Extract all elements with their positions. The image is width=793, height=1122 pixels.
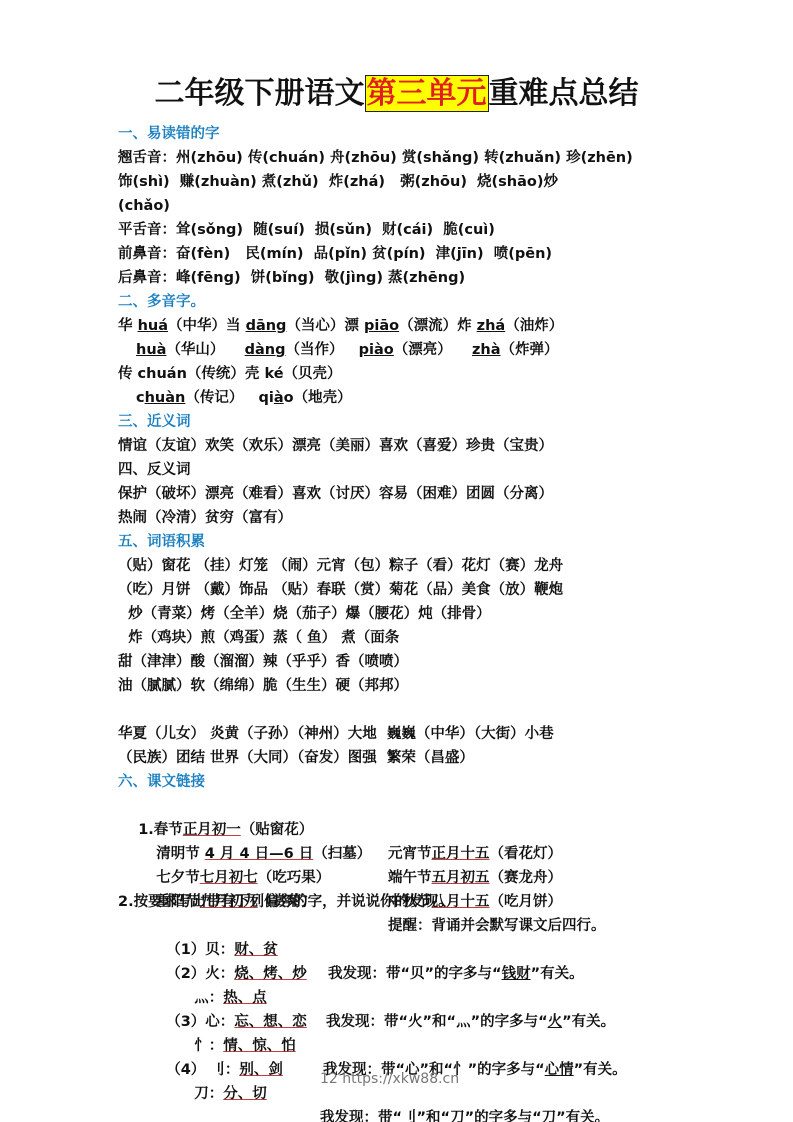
radical-label: 刀： [194, 1086, 223, 1102]
text-line: 情谊（友谊）欢笑（欢乐）漂亮（美丽）喜欢（喜爱）珍贵（宝贵） [118, 434, 688, 458]
text-line: 油（腻腻）软（绵绵）脆（生生）硬（邦邦） [118, 674, 688, 698]
section-heading-6: 六、课文链接 [118, 770, 688, 794]
text-line: 炸（鸡块）煎（鸡蛋）蒸（ 鱼） 煮（面条 [118, 626, 688, 650]
pinyin: dàng [245, 342, 286, 358]
festival-name: 中秋节 [388, 894, 432, 910]
radical-row: 灬：热、点 我发现：带“火”和“灬”的字多与“火”有关。 [118, 962, 688, 986]
pinyin: piāo [364, 318, 399, 334]
pinyin: huà [136, 342, 166, 358]
text: （华山） [166, 342, 244, 358]
finding-key: 刀 [542, 1110, 557, 1122]
title-prefix: 二年级下册语文 [155, 76, 365, 111]
radical-row: （4） 刂：别、剑 [118, 1034, 688, 1058]
text: （炸弹） [501, 342, 559, 358]
festival-activity: （吃月饼） [490, 894, 563, 910]
polyphone-row: chuàn（传记） qiào（地壳） [118, 386, 688, 410]
text: （漂亮） [394, 342, 472, 358]
text: （中华）当 [168, 318, 246, 334]
section-heading-4: 四、反义词 [118, 458, 688, 482]
polyphone-row: 传 chuán（传统）壳 ké（贝壳） [118, 362, 688, 386]
pinyin: dāng [246, 318, 287, 334]
festival-date: 八月十五 [432, 894, 490, 910]
watermark: 12 https://xkw88.cn [320, 1071, 459, 1087]
pinyin: zhà [472, 342, 501, 358]
text-line: 甜（津津）酸（溜溜）辣（乎乎）香（喷喷） [118, 650, 688, 674]
pinyin: zhá [477, 318, 506, 334]
document-body: 一、易读错的字 翘舌音：州(zhōu) 传(chuán) 舟(zhōu) 赏(s… [118, 122, 688, 1082]
section-heading-2: 二、多音字。 [118, 290, 688, 314]
text: （漂流）炸 [399, 318, 477, 334]
text-line: 翘舌音：州(zhōu) 传(chuán) 舟(zhōu) 赏(shǎng) 转(… [118, 146, 688, 170]
page-title: 二年级下册语文第三单元重难点总结 [0, 72, 793, 116]
polyphone-row: 华 huá（中华）当 dāng（当心）漂 piāo（漂流）炸 zhá（油炸） [118, 314, 688, 338]
festival-row: 重阳节九月初九（赏菊） 提醒：背诵并会默写课文后四行。 [118, 866, 688, 890]
text-line: 饰(shì) 赚(zhuàn) 煮(zhǔ) 炸(zhá) 粥(zhōu) 烧(… [118, 170, 688, 194]
festival-row: 七夕节七月初七（吃巧果） 中秋节八月十五（吃月饼） [118, 842, 688, 866]
pinyin: piào [359, 342, 394, 358]
text-line: 华夏（儿女） 炎黄（子孙）（神州）大地 巍巍（中华）（大街）小巷 [118, 722, 688, 746]
festival-row: 1.春节正月初一（贴窗花） 元宵节正月十五（看花灯） [118, 794, 688, 818]
text-line: 前鼻音：奋(fèn) 民(mín) 品(pǐn) 贫(pín) 津(jīn) 喷… [118, 242, 688, 266]
festival-activity: （赏菊） [258, 894, 316, 910]
text-line: 热闹（冷清）贫穷（富有） [118, 506, 688, 530]
section-heading-3: 三、近义词 [118, 410, 688, 434]
pinyin: huá [138, 318, 168, 334]
festival-col2: 中秋节八月十五（吃月饼） [388, 890, 562, 914]
section-heading-5: 五、词语积累 [118, 530, 688, 554]
blank-line [118, 698, 688, 722]
title-highlight: 第三单元 [365, 75, 489, 112]
pinyin: à [274, 390, 284, 406]
text: 华 [118, 318, 138, 334]
finding-text: 我发现：带“刂”和“刀”的字多与“ [320, 1110, 542, 1122]
festival-date: 九月初九 [200, 894, 258, 910]
radical-chars: 分、切 [223, 1086, 267, 1102]
text: （传记） qi [185, 390, 274, 406]
text: o（地壳） [284, 390, 352, 406]
text-line: （贴）窗花 （挂）灯笼 （闹）元宵（包）粽子（看）花灯（赛）龙舟 [118, 554, 688, 578]
text-line: (chǎo) [118, 194, 688, 218]
festival-row: 清明节 4 月 4 日—6 日（扫墓） 端午节五月初五（赛龙舟） [118, 818, 688, 842]
festival-name: 重阳节 [156, 894, 200, 910]
text-line: 后鼻音：峰(fēng) 饼(bǐng) 敬(jìng) 蒸(zhēng) [118, 266, 688, 290]
section-heading-1: 一、易读错的字 [118, 122, 688, 146]
polyphone-row: huà（华山） dàng（当作） piào（漂亮） zhà（炸弹） [118, 338, 688, 362]
pinyin: huàn [145, 390, 186, 406]
finding: 我发现：带“刂”和“刀”的字多与“刀”有关。 [320, 1106, 609, 1122]
text-line: 保护（破坏）漂亮（难看）喜欢（讨厌）容易（困难）团圆（分离） [118, 482, 688, 506]
text: （油炸） [505, 318, 563, 334]
title-suffix: 重难点总结 [489, 76, 639, 111]
text-line: 炒（青菜）烤（全羊）烧（茄子）爆（腰花）炖（排骨） [118, 602, 688, 626]
text: （当心）漂 [286, 318, 364, 334]
finding-text: ”有关。 [556, 1110, 609, 1122]
radical-row: 忄：情、惊、怕 我发现：带“心”和“忄”的字多与“心情”有关。 [118, 1010, 688, 1034]
text-line: （吃）月饼 （戴）饰品 （贴）春联（赏）菊花（品）美食（放）鞭炮 [118, 578, 688, 602]
text-line: （民族）团结 世界（大同）（奋发）图强 繁荣（昌盛） [118, 746, 688, 770]
radical-row: （3）心：忘、想、恋 [118, 986, 688, 1010]
text: c [136, 390, 145, 406]
text-line: 平舌音：耸(sǒng) 随(suí) 损(sǔn) 财(cái) 脆(cuì) [118, 218, 688, 242]
radical-row: （2）火：烧、烤、炒 [118, 938, 688, 962]
radical-row: （1）贝：财、贫 我发现：带“贝”的字多与“钱财”有关。 [118, 914, 688, 938]
text: （当作） [286, 342, 359, 358]
